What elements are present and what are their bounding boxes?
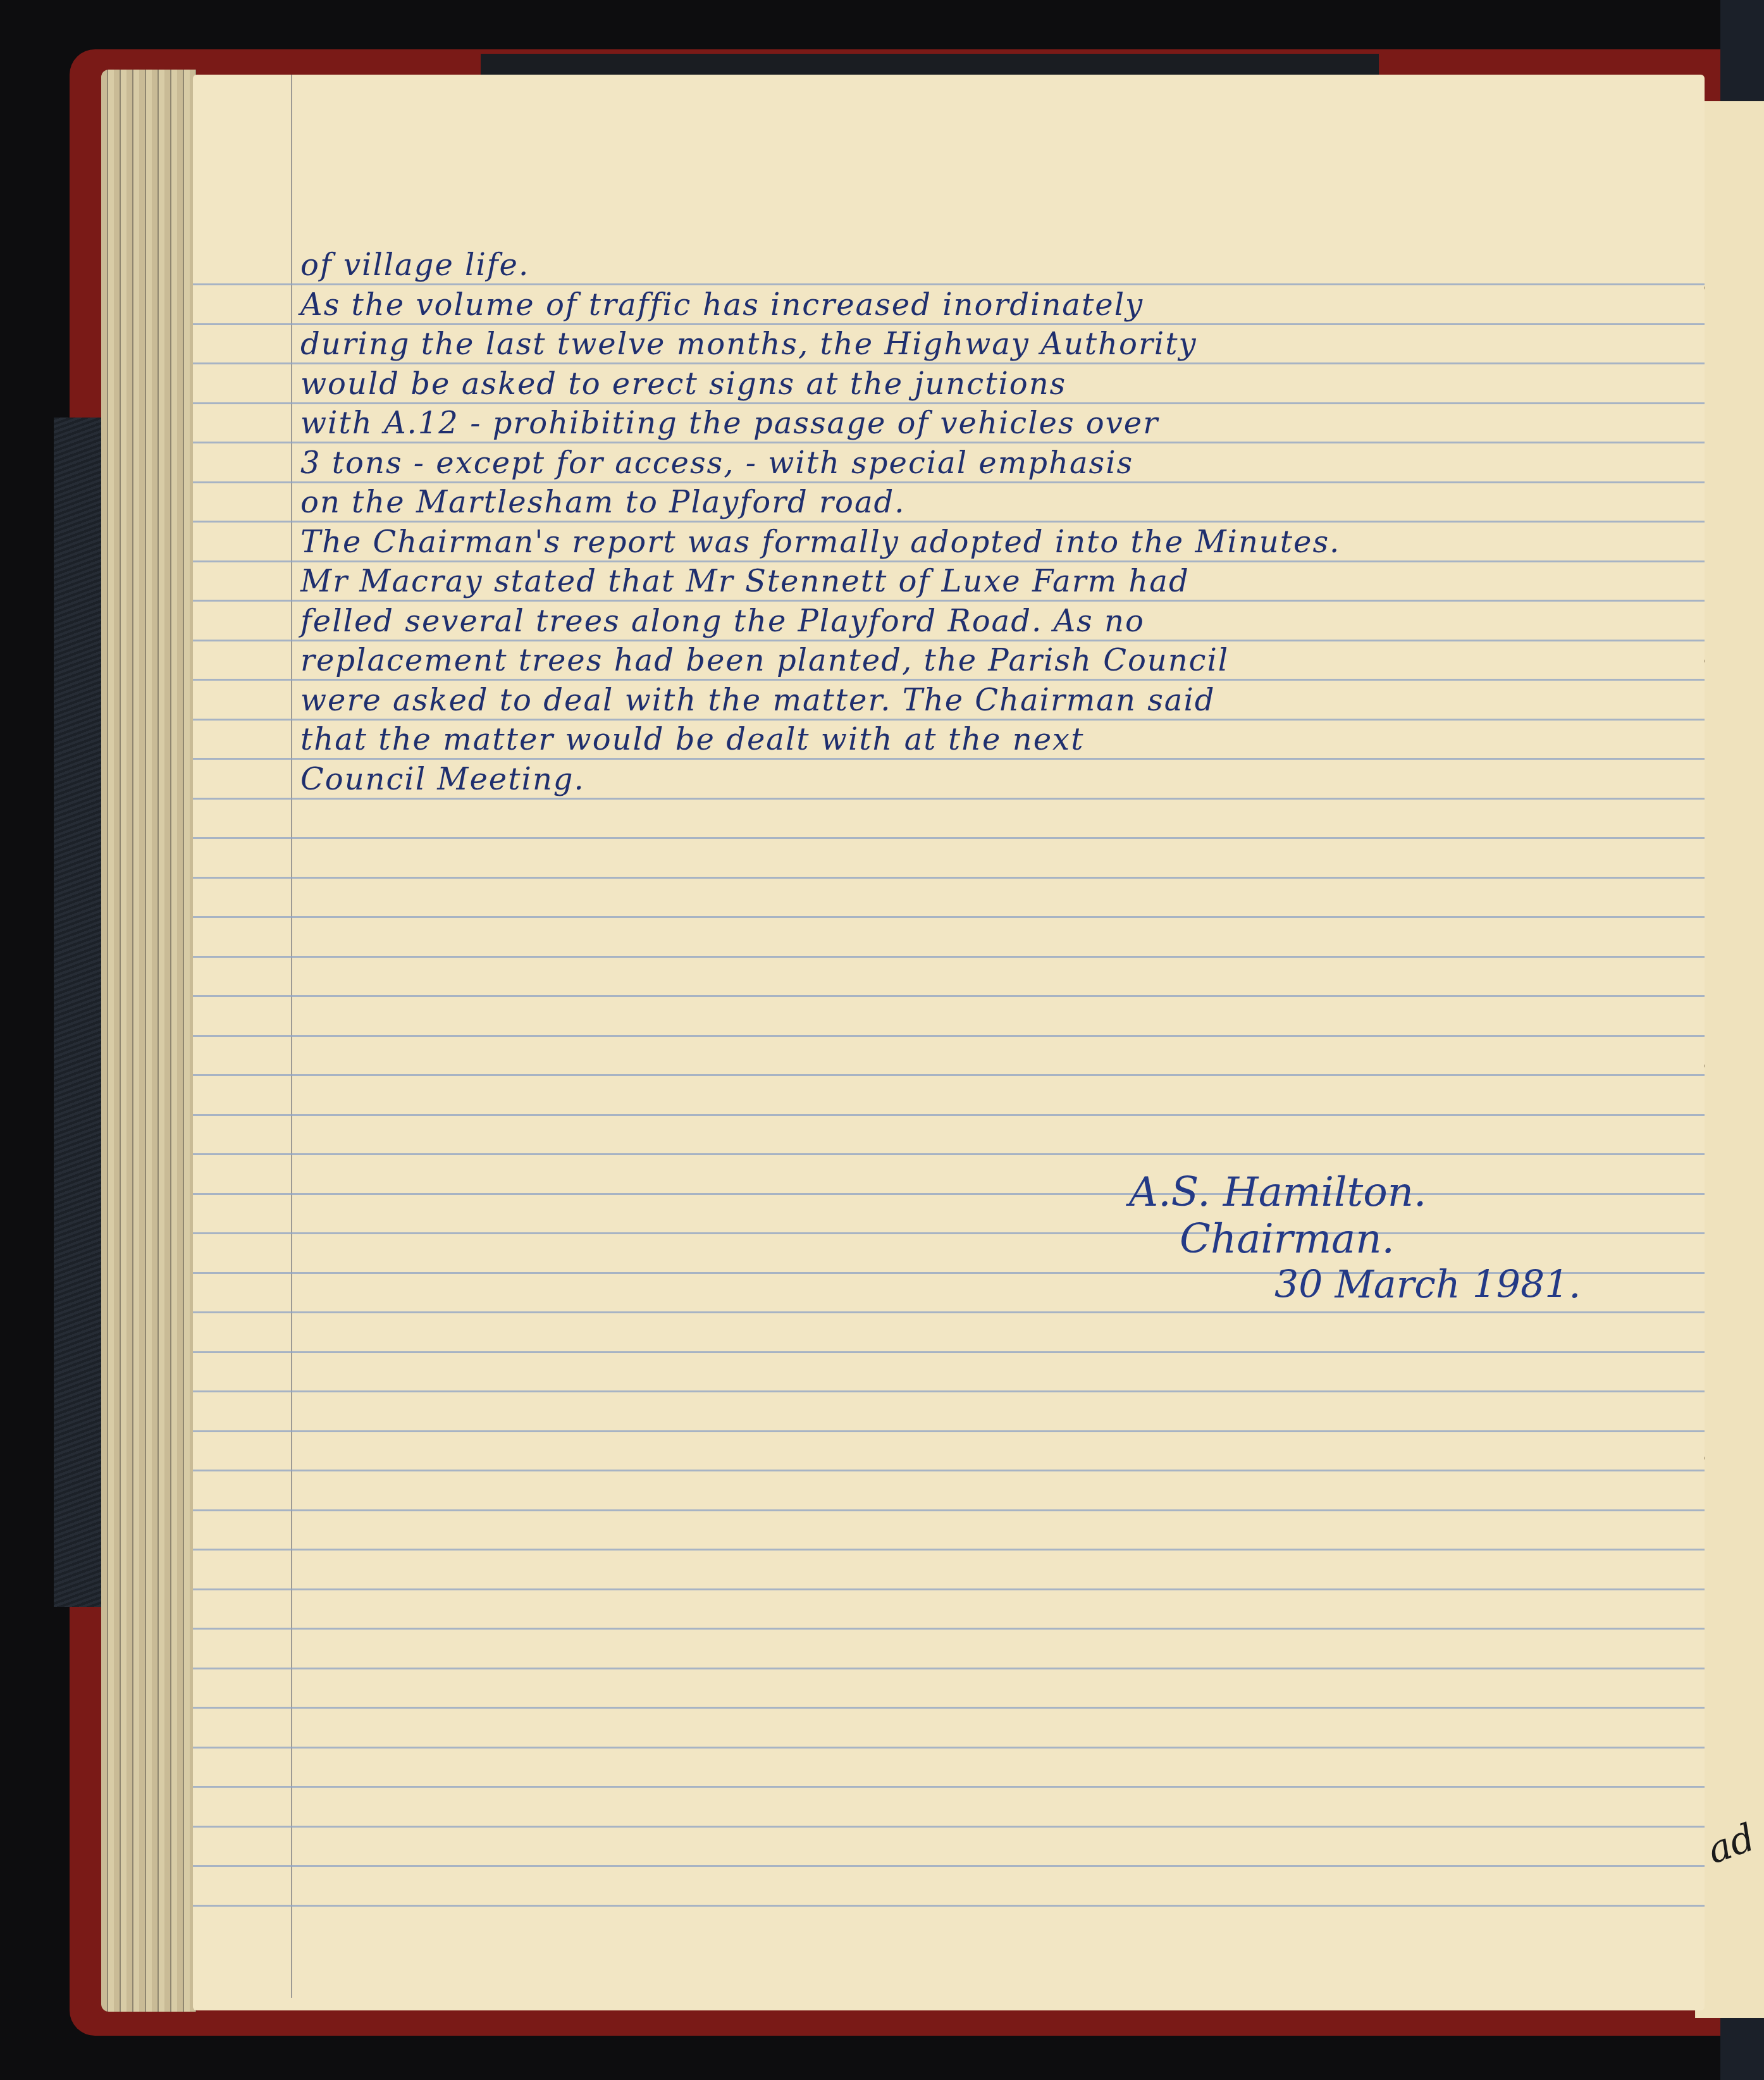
ruled-line [193, 837, 1705, 839]
minutes-text: of village life. As the volume of traffi… [300, 245, 1692, 799]
ruled-line [193, 1509, 1705, 1511]
ruled-line [193, 1707, 1705, 1709]
ruled-line [193, 1905, 1705, 1907]
signature-title: Chairman. [1180, 1216, 1581, 1263]
minutes-line: would be asked to erect signs at the jun… [300, 364, 1692, 404]
ruled-line [193, 1549, 1705, 1551]
ruled-line [193, 1826, 1705, 1828]
ruled-line [193, 1311, 1705, 1313]
ruled-line [193, 1430, 1705, 1432]
ruled-line [193, 956, 1705, 958]
minutes-line: were asked to deal with the matter. The … [300, 681, 1692, 721]
ruled-line [193, 877, 1705, 879]
signature-block: A.S. Hamilton. Chairman. 30 March 1981. [1129, 1169, 1581, 1307]
ruled-line [193, 1747, 1705, 1749]
minutes-line: of village life. [300, 245, 1692, 285]
page-edges [101, 70, 196, 2012]
signature-name: A.S. Hamilton. [1129, 1169, 1581, 1216]
ruled-line [193, 1668, 1705, 1669]
minutes-line: felled several trees along the Playford … [300, 602, 1692, 641]
minutes-line: during the last twelve months, the Highw… [300, 325, 1692, 364]
facing-page-edge [1695, 101, 1764, 2018]
signature-date: 30 March 1981. [1274, 1263, 1581, 1307]
minutes-line: Mr Macray stated that Mr Stennett of Lux… [300, 562, 1692, 602]
minutes-line: with A.12 - prohibiting the passage of v… [300, 404, 1692, 443]
ruled-line [193, 1351, 1705, 1353]
ruled-line [193, 1114, 1705, 1116]
minutes-line: replacement trees had been planted, the … [300, 641, 1692, 681]
minutes-line: The Chairman's report was formally adopt… [300, 523, 1692, 562]
ruled-line [193, 1588, 1705, 1590]
ruled-line [193, 1470, 1705, 1471]
minutes-line: Council Meeting. [300, 760, 1692, 800]
ruled-line [193, 1628, 1705, 1630]
ruled-line [193, 1153, 1705, 1155]
ruled-line [193, 1786, 1705, 1788]
ruled-line [193, 916, 1705, 918]
ruled-line [193, 1074, 1705, 1076]
minutes-line: As the volume of traffic has increased i… [300, 285, 1692, 325]
minutes-line: that the matter would be dealt with at t… [300, 720, 1692, 760]
ruled-line [193, 995, 1705, 997]
ruled-line [193, 1865, 1705, 1867]
ruled-line [193, 1035, 1705, 1037]
ruled-line [193, 1390, 1705, 1392]
minutes-line: on the Martlesham to Playford road. [300, 483, 1692, 523]
minutes-line: 3 tons - except for access, - with speci… [300, 443, 1692, 483]
minute-book-page: of village life. As the volume of traffi… [193, 75, 1705, 2010]
